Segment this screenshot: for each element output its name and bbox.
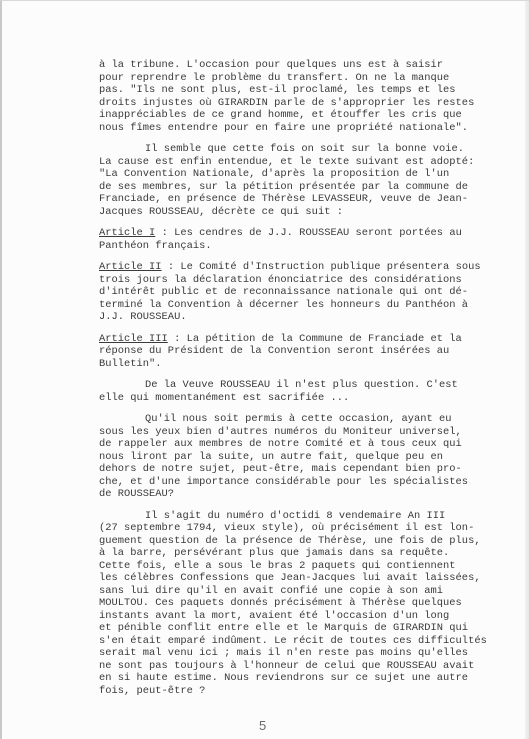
paragraph-p5: Il s'agit du numéro d'octidi 8 vendemair…: [99, 510, 509, 698]
text-line: pas. "Ils ne sont plus, est-il proclamé,…: [99, 84, 509, 97]
paragraph-p3: De la Veuve ROUSSEAU il n'est plus quest…: [99, 379, 509, 404]
text-line: De la Veuve ROUSSEAU il n'est plus quest…: [99, 379, 509, 392]
text-line: J.J. ROUSSEAU.: [99, 311, 509, 324]
text-line: terminé la Convention à décerner les hon…: [99, 299, 509, 312]
text-line: Il s'agit du numéro d'octidi 8 vendemair…: [99, 510, 509, 523]
text-line: fois, peut-être ?: [99, 685, 509, 698]
text-line: les célèbres Confessions que Jean-Jacque…: [99, 572, 509, 585]
text-line: ne sont pas toujours à l'honneur de celu…: [99, 660, 509, 673]
text-line: à la tribune. L'occasion pour quelques u…: [99, 59, 509, 72]
paragraph-p1: à la tribune. L'occasion pour quelques u…: [99, 59, 509, 134]
text-line: elle qui momentanément est sacrifiée ...: [99, 392, 509, 405]
text-line: pour reprendre le problème du transfert.…: [99, 72, 509, 85]
paragraph-p4: Qu'il nous soit permis à cette occasion,…: [99, 413, 509, 501]
text-line: sous les yeux bien d'autres numéros du M…: [99, 426, 509, 439]
text-line: Qu'il nous soit permis à cette occasion,…: [99, 413, 509, 426]
text-line: Franciade, en présence de Thérèse LEVASS…: [99, 193, 509, 206]
text-line: Il semble que cette fois on soit sur la …: [99, 143, 509, 156]
text-line: Article I : Les cendres de J.J. ROUSSEAU…: [99, 227, 509, 240]
text-line: nous fîmes entendre pour en faire une pr…: [99, 122, 509, 135]
text-line: d'intérêt public et de reconnaissance na…: [99, 286, 509, 299]
article-art1: Article I : Les cendres de J.J. ROUSSEAU…: [99, 227, 509, 252]
paragraph-gap: [99, 218, 509, 227]
paragraph-gap: [99, 134, 509, 143]
text-line: dehors de notre sujet, peut-être, mais c…: [99, 463, 509, 476]
text-line: Panthéon français.: [99, 240, 509, 253]
page-edge-shadow: [525, 1, 529, 739]
text-line: de rappeler aux membres de notre Comité …: [99, 438, 509, 451]
document-page: à la tribune. L'occasion pour quelques u…: [0, 0, 529, 739]
text-line: Bulletin".: [99, 358, 509, 371]
text-line: s'en était emparé indûment. Le récit de …: [99, 635, 509, 648]
text-line: et pénible conflit entre elle et le Marq…: [99, 622, 509, 635]
text-line: MOULTOU. Ces paquets donnés précisément …: [99, 597, 509, 610]
article-art3: Article III : La pétition de la Commune …: [99, 333, 509, 371]
text-line: che, et d'une importance considérable po…: [99, 476, 509, 489]
text-line: Article II : Le Comité d'Instruction pub…: [99, 261, 509, 274]
article-label: Article II: [99, 261, 162, 273]
text-line: Jacques ROUSSEAU, décrète ce qui suit :: [99, 206, 509, 219]
text-line: nous liront par la suite, un autre fait,…: [99, 451, 509, 464]
text-line: instants avant la mort, avaient été l'oc…: [99, 610, 509, 623]
text-line: La cause est enfin entendue, et le texte…: [99, 156, 509, 169]
text-line: en si haute estime. Nous reviendrons sur…: [99, 672, 509, 685]
text-line: (27 septembre 1794, vieux style), où pré…: [99, 522, 509, 535]
text-line: de ses membres, sur la pétition présenté…: [99, 181, 509, 194]
text-line: trois jours la déclaration énonciatrice …: [99, 274, 509, 287]
article-label: Article I: [99, 227, 155, 239]
paragraph-gap: [99, 252, 509, 261]
paragraph-gap: [99, 501, 509, 510]
text-line: serait mal venu ici ; mais il n'en reste…: [99, 647, 509, 660]
paragraph-gap: [99, 404, 509, 413]
text-line: inappréciables de ce grand homme, et éto…: [99, 109, 509, 122]
paragraph-gap: [99, 370, 509, 379]
text-line: guement question de la présence de Thérè…: [99, 535, 509, 548]
text-line: Article III : La pétition de la Commune …: [99, 333, 509, 346]
paragraph-gap: [99, 324, 509, 333]
page-number: 5: [259, 718, 266, 733]
text-line: "La Convention Nationale, d'après la pro…: [99, 168, 509, 181]
text-line: à la barre, persévérant plus que jamais …: [99, 547, 509, 560]
text-line: de ROUSSEAU?: [99, 488, 509, 501]
article-art2: Article II : Le Comité d'Instruction pub…: [99, 261, 509, 324]
text-line: sans lui dire qu'il en avait confié une …: [99, 585, 509, 598]
article-label: Article III: [99, 333, 168, 345]
paragraph-p2: Il semble que cette fois on soit sur la …: [99, 143, 509, 218]
text-line: Cette fois, elle a sous le bras 2 paquet…: [99, 560, 509, 573]
text-line: réponse du Président de la Convention se…: [99, 345, 509, 358]
document-body: à la tribune. L'occasion pour quelques u…: [99, 59, 509, 697]
text-line: droits injustes où GIRARDIN parle de s'a…: [99, 97, 509, 110]
